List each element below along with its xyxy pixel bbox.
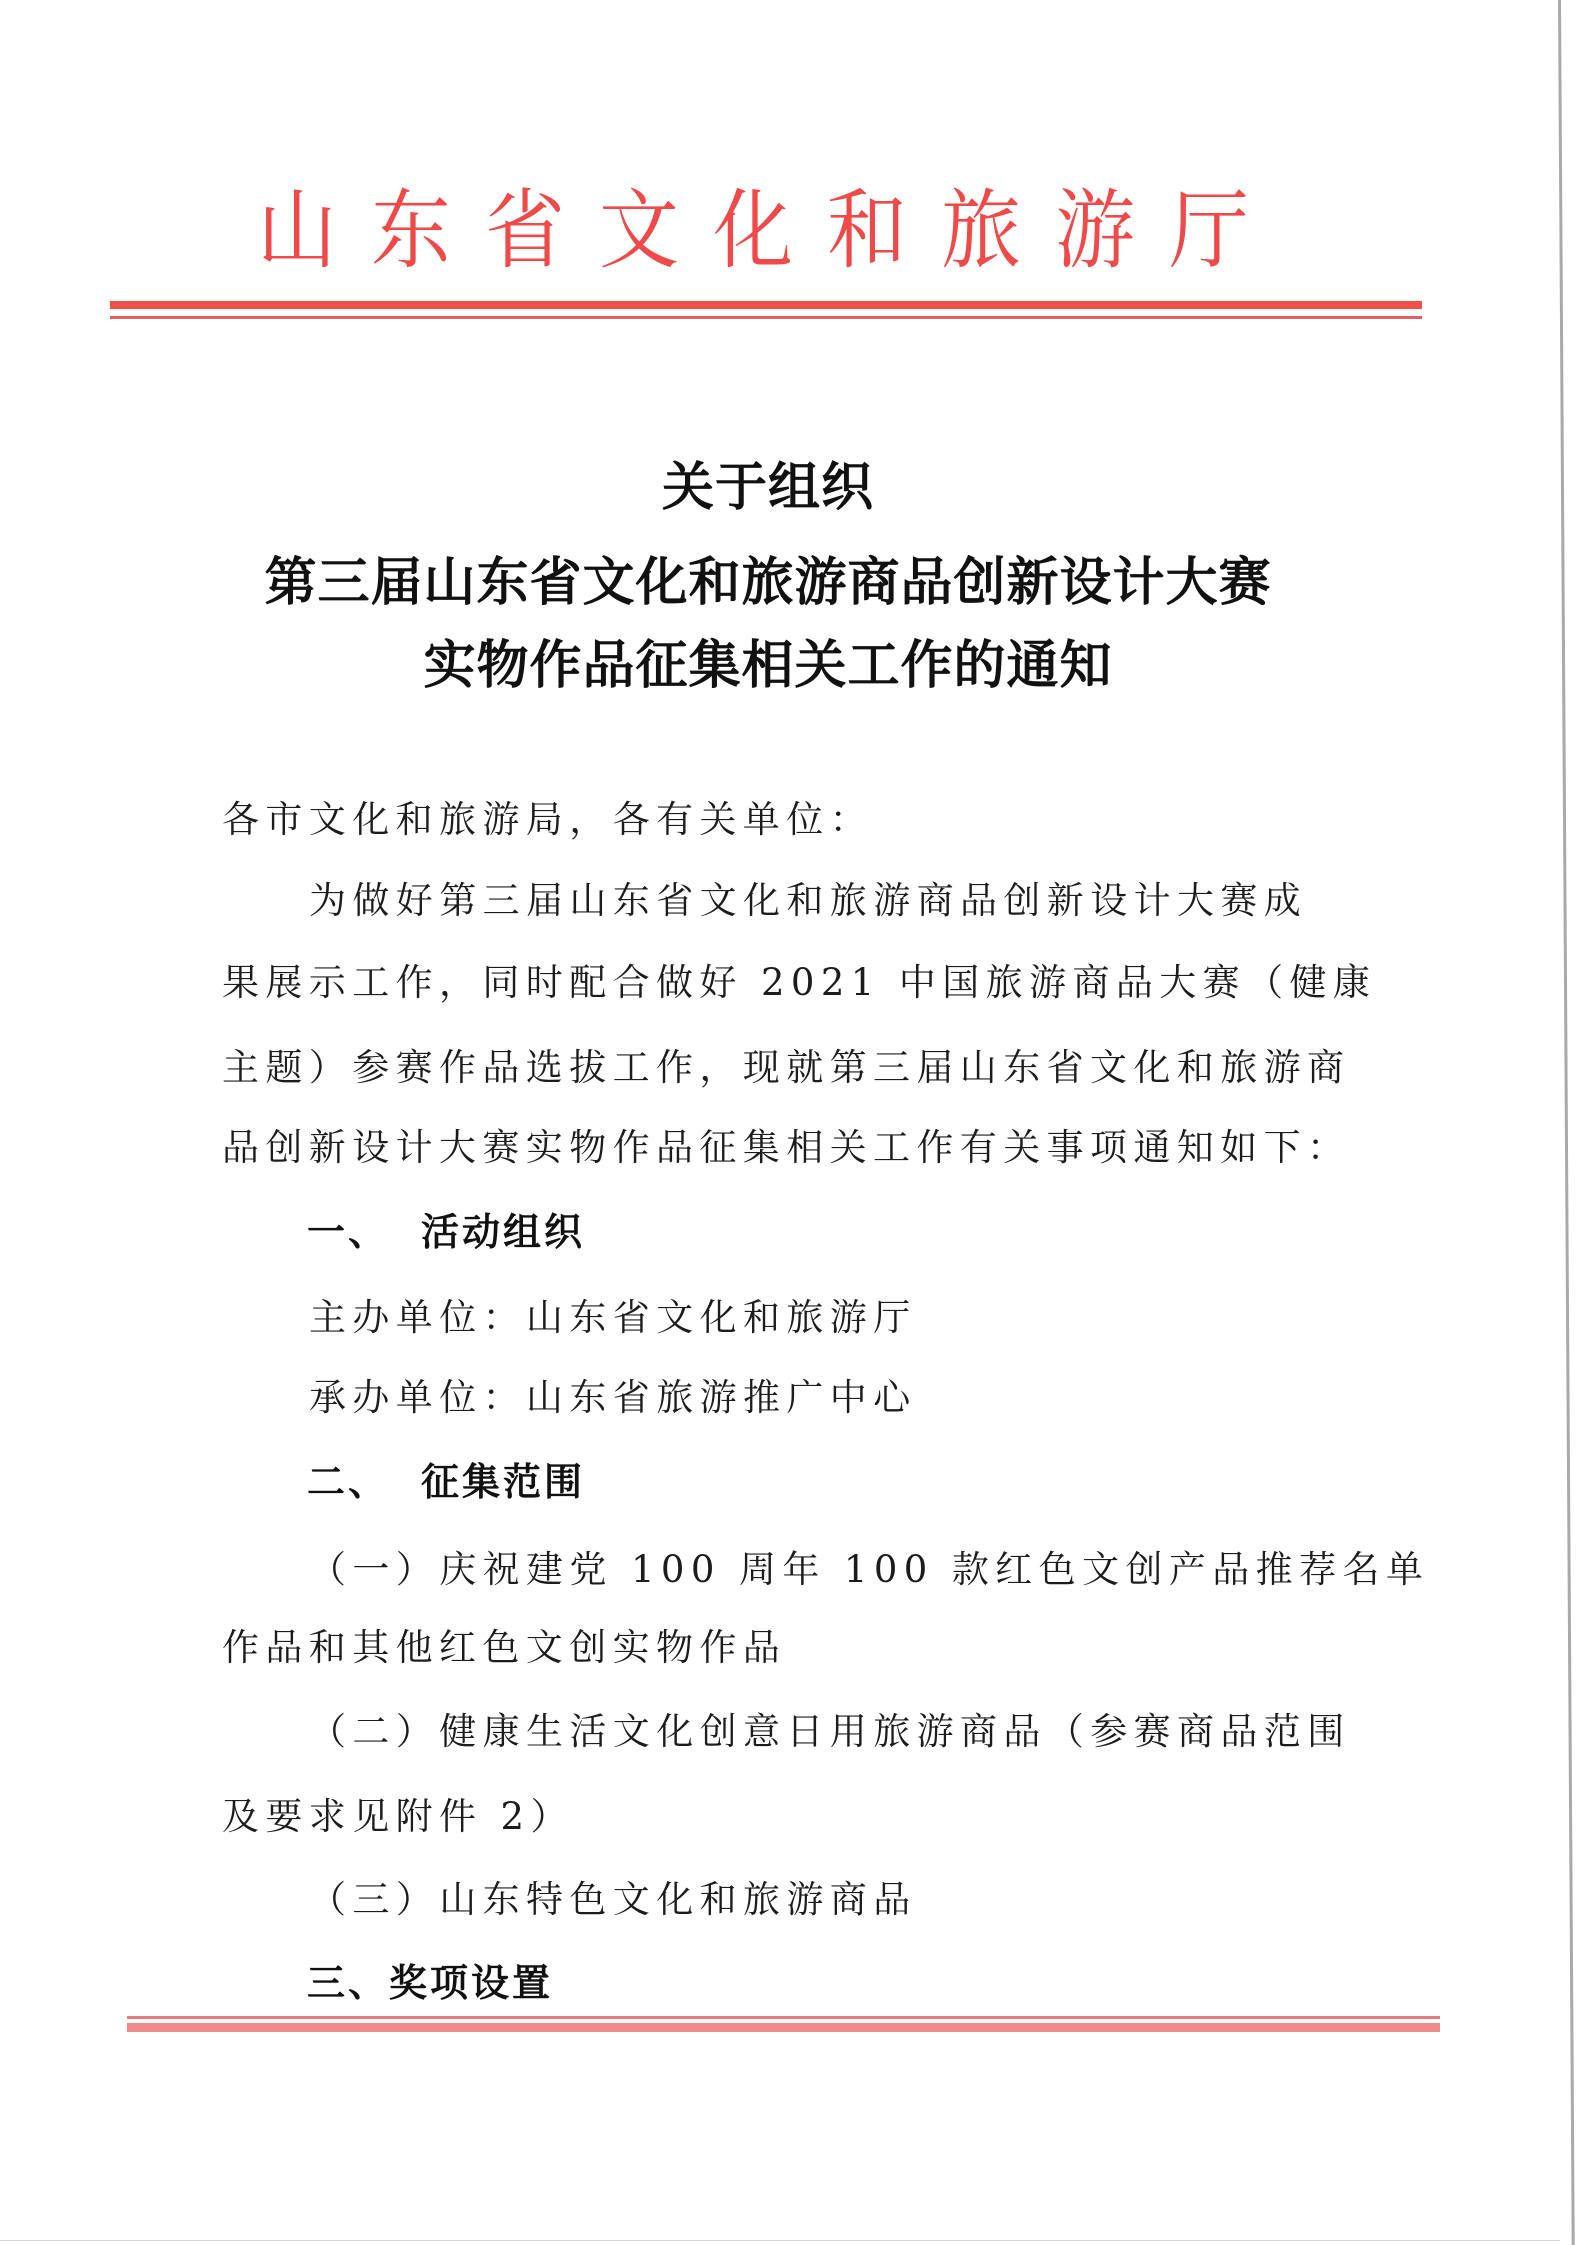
document-title-line-2: 第三届山东省文化和旅游商品创新设计大赛 bbox=[0, 553, 1536, 613]
scope-item-line: （三）山东特色文化和旅游商品 bbox=[309, 1875, 917, 1925]
salutation: 各市文化和旅游局，各有关单位： bbox=[222, 795, 873, 845]
section-heading-3: 三、奖项设置 bbox=[307, 1958, 553, 2008]
scan-page-edge bbox=[1558, 0, 1575, 2245]
co-organizer-line: 承办单位：山东省旅游推广中心 bbox=[309, 1373, 917, 1423]
scan-page-edge-bottom bbox=[0, 2240, 1560, 2241]
scope-item-line: （一）庆祝建党 100 周年 100 款红色文创产品推荐名单 bbox=[309, 1545, 1429, 1595]
section-number: 三、 bbox=[307, 1958, 389, 2008]
document-title-line-1: 关于组织 bbox=[0, 458, 1536, 518]
section-title: 活动组织 bbox=[421, 1210, 585, 1254]
scope-item-line: （二）健康生活文化创意日用旅游商品（参赛商品范围 bbox=[309, 1707, 1351, 1757]
section-heading-2: 二、征集范围 bbox=[307, 1457, 585, 1507]
section-number: 一、 bbox=[307, 1207, 389, 1257]
masthead-rule-thin bbox=[110, 316, 1422, 319]
scope-item-line: 及要求见附件 2） bbox=[222, 1792, 574, 1842]
section-title: 奖项设置 bbox=[389, 1961, 553, 2005]
scope-item-line: 作品和其他红色文创实物作品 bbox=[222, 1623, 786, 1673]
intro-paragraph-line: 为做好第三届山东省文化和旅游商品创新设计大赛成 bbox=[309, 876, 1307, 926]
masthead-issuer: 山东省文化和旅游厅 bbox=[240, 172, 1300, 291]
footer-rule-thin bbox=[127, 2016, 1440, 2019]
section-title: 征集范围 bbox=[421, 1460, 585, 1504]
footer-rule-thick bbox=[127, 2023, 1440, 2032]
intro-paragraph-line: 品创新设计大赛实物作品征集相关工作有关事项通知如下： bbox=[222, 1123, 1350, 1173]
intro-paragraph-line: 主题）参赛作品选拔工作，现就第三届山东省文化和旅游商 bbox=[222, 1043, 1350, 1093]
section-heading-1: 一、活动组织 bbox=[307, 1207, 585, 1257]
masthead-rule-thick bbox=[110, 301, 1422, 309]
organizer-line: 主办单位：山东省文化和旅游厅 bbox=[309, 1293, 917, 1343]
section-number: 二、 bbox=[307, 1457, 389, 1507]
document-title-line-3: 实物作品征集相关工作的通知 bbox=[0, 636, 1536, 696]
intro-paragraph-line: 果展示工作，同时配合做好 2021 中国旅游商品大赛（健康 bbox=[222, 958, 1376, 1008]
